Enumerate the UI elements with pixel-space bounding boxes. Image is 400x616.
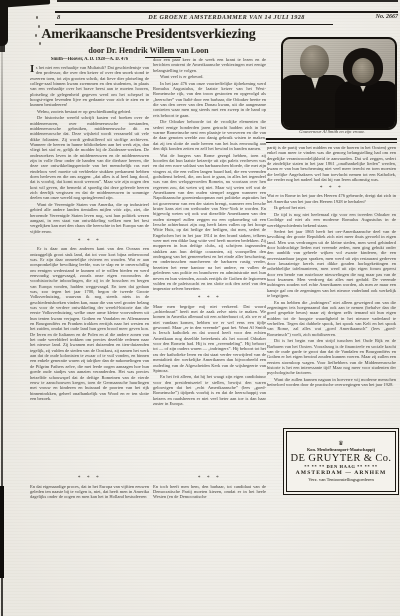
paragraph: partij is de partij van het midden en va…	[267, 145, 396, 182]
paragraph: Er is daar aan den anderen kant van den …	[30, 246, 149, 401]
article-title: Amerikaansche Presidentsverkiezing	[30, 27, 267, 43]
photo-grain	[283, 39, 395, 128]
paragraph: Is het niet een verhaaltje van Multatuli…	[30, 65, 149, 108]
dropcap: I	[30, 65, 34, 75]
paragraph: Want die zullen kunnen nagaan in hoeverr…	[267, 377, 396, 388]
paragraph: Ik geloof het niet.	[267, 205, 396, 210]
masthead-title: DE GROENE AMSTERDAMMER VAN 14 JULI 1928	[55, 14, 398, 21]
paragraph: En toch heeft men hem, den barbaar, tot …	[153, 484, 266, 500]
ad-service-line: Verz. van Tentoonstellingsgoederen	[308, 477, 374, 483]
ad-route-line: AMSTERDAM — ARNHEM	[296, 470, 387, 477]
column-bottom-block: * * * En dat eigenaardige proces, dat in…	[30, 473, 149, 501]
masthead: 8 DE GROENE AMSTERDAMMER VAN 14 JULI 192…	[55, 14, 398, 23]
issue-number: No. 2667	[376, 14, 398, 20]
masthead-rule-top	[55, 11, 398, 13]
scan-artifact-left-blotch	[0, 486, 4, 578]
section-separator: * * *	[30, 238, 149, 244]
paragraph: En het feit alleen, dat hij het waagt zi…	[153, 374, 266, 406]
paragraph: Wat de burgers van Rome gezegd hebben, t…	[153, 153, 266, 292]
scanned-newspaper-page: { "page": { "number": "8", "masthead": "…	[0, 0, 400, 616]
section-separator: * * *	[153, 475, 266, 481]
scan-speckle	[36, 16, 38, 19]
photo-frame	[281, 37, 397, 130]
paragraph: De historische wereld schrijft kasten vo…	[30, 115, 149, 201]
text-column-1: Smith—Hoover, A. D. 1928—A. D. 476 Is he…	[30, 57, 149, 501]
advertisement-box: ♛ Kon. Meubeltransport-Maatschappij DE G…	[283, 428, 399, 495]
section-separator: * * *	[267, 185, 396, 191]
paragraph: Want veel is er gebeurd.	[153, 74, 266, 79]
caption-rule-thick	[266, 138, 397, 140]
paragraph: Maar men begrijpe mij niet verkeerd. Dat…	[153, 304, 266, 373]
paragraph: En dat eigenaardige proces, dat in het E…	[30, 484, 149, 500]
section-separator: * * *	[30, 475, 149, 481]
advertisement-inner-border: ♛ Kon. Meubeltransport-Maatschappij DE G…	[286, 431, 396, 492]
scan-artifact-top-edge	[57, 0, 398, 2]
paragraph: Die Odoaker behoorde tot de vroolijke el…	[153, 119, 266, 151]
paragraph: Dit is het begin van den strijd tusschen…	[267, 338, 396, 375]
paragraph-text: s het niet een verhaaltje van Multatuli?…	[30, 65, 149, 107]
paragraph: De tijd is nog niet heelemaal rijp voor …	[267, 212, 396, 228]
section-heading: Smith—Hoover, A. D. 1928—A. D. 476	[30, 57, 149, 62]
article-byline: door Dr. Hendrik Willem van Loon	[30, 46, 267, 55]
ad-company-name: DE GRUYTER & Co.	[291, 453, 392, 464]
paragraph: door een paar keer in de week een krant …	[153, 57, 266, 73]
paragraph: In het jaar 476 van onze voortreffelijke…	[153, 81, 266, 118]
paragraph: Sedert het jaar 1865 heeft het oer-Ameri…	[267, 229, 396, 298]
text-column-2: door een paar keer in de week een krant …	[153, 57, 266, 501]
article-header: Amerikaansche Presidentsverkiezing door …	[30, 27, 267, 58]
photo-caption: Gouverneur Al Smith en zijn vrouw.	[266, 129, 398, 134]
paragraph: Welnu, zooiets bestaat er op geschiedkun…	[30, 109, 149, 114]
text-column-3: partij is de partij van het midden en va…	[267, 145, 396, 426]
caption-rule-thin	[266, 142, 397, 143]
paragraph: En nu hebben die „indringers” niet allee…	[267, 300, 396, 337]
paragraph: Want de Vereenigde Staten van Amerika, d…	[30, 202, 149, 234]
section-separator: * * *	[153, 295, 266, 301]
masthead-rule-bottom	[55, 24, 333, 25]
column-bottom-block: * * * En toch heeft men hem, den barbaar…	[153, 473, 266, 501]
paragraph: Wat er in Rome in het jaar des Heeren 47…	[267, 193, 396, 204]
